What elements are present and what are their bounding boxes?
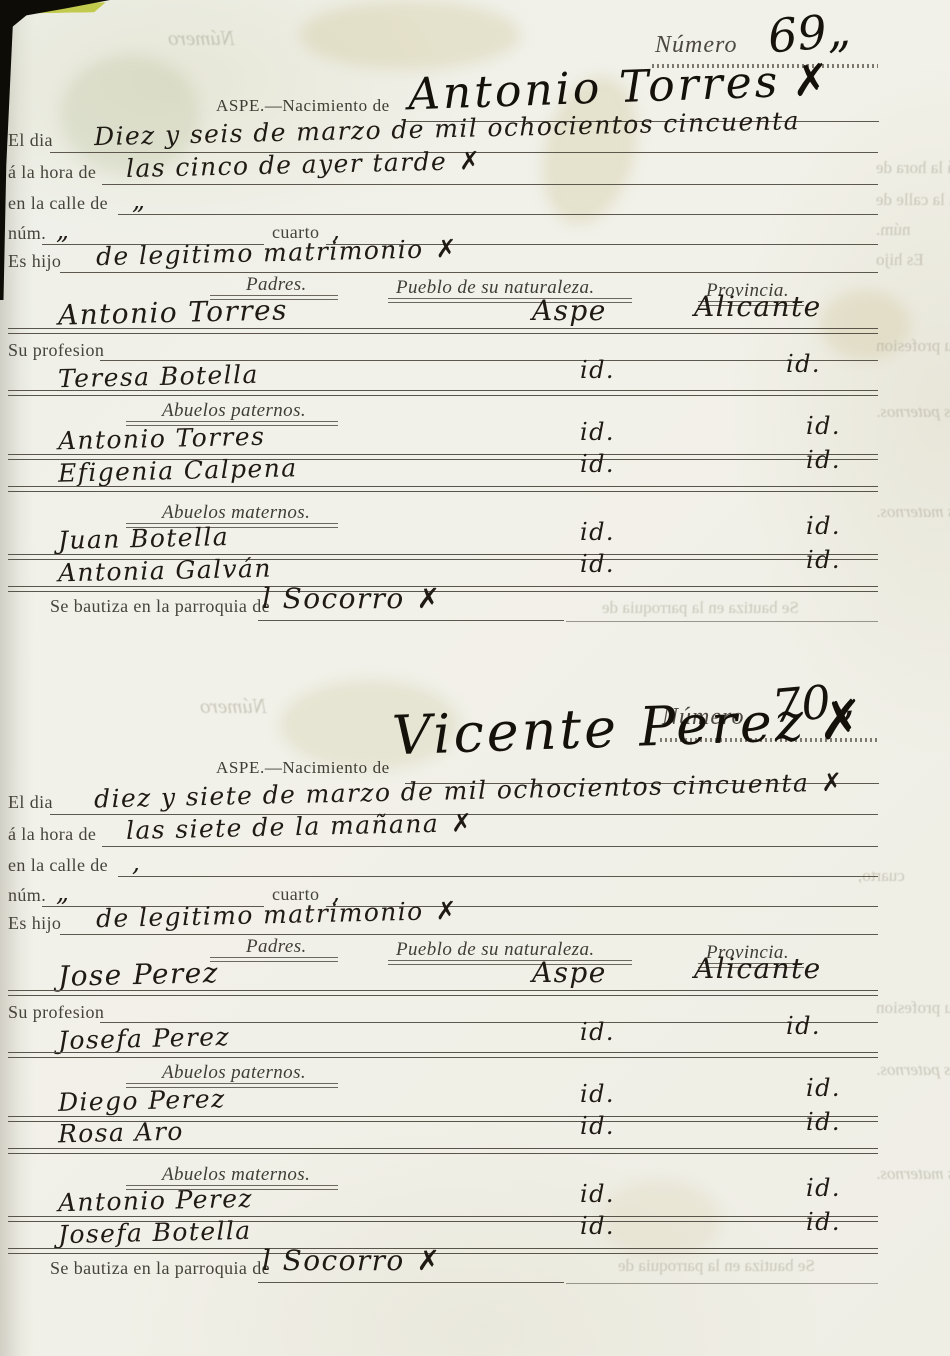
rule-line	[258, 620, 564, 621]
rule-line	[566, 621, 878, 622]
rule-line	[8, 1148, 878, 1154]
cross-mark: ✗	[451, 808, 474, 837]
abuela-paterna-provincia: id.	[806, 446, 841, 474]
abuela-paterna-provincia: id.	[806, 1108, 841, 1136]
field-calle-label: en la calle de	[8, 193, 108, 214]
abuela-paterna-name: Efigenia Calpena	[58, 453, 298, 487]
record-header-label: ASPE.—Nacimiento de	[216, 96, 390, 116]
abuela-materna-name: Antonia Galván	[58, 554, 272, 588]
abuelo-paterno-pueblo: id.	[580, 1080, 615, 1108]
field-profesion-label: Su profesion	[8, 340, 104, 361]
abuela-paterna-pueblo: id.	[580, 450, 615, 478]
mother-pueblo: id.	[580, 356, 615, 384]
field-hijo-label: Es hijo	[8, 913, 61, 934]
field-calle-label: en la calle de	[8, 855, 108, 876]
mother-name: Teresa Botella	[58, 360, 259, 394]
cross-mark: ✗	[821, 768, 844, 797]
field-num-value: „	[56, 878, 70, 907]
field-num-label: núm.	[8, 885, 46, 906]
cross-mark: ✗	[417, 1244, 442, 1277]
rule-line	[60, 934, 878, 935]
rule-line	[258, 1282, 564, 1283]
field-el-dia-label: El dia	[8, 130, 53, 151]
abuela-materna-provincia: id.	[806, 1208, 841, 1236]
rule-line	[118, 876, 878, 877]
mother-provincia: id.	[786, 1012, 821, 1040]
mother-name: Josefa Perez	[58, 1022, 231, 1055]
abuelo-paterno-name: Diego Perez	[58, 1084, 226, 1117]
field-profesion-label: Su profesion	[8, 1002, 104, 1023]
field-el-dia-label: El dia	[8, 792, 53, 813]
abuela-materna-pueblo: id.	[580, 550, 615, 578]
field-num-label: núm.	[8, 223, 46, 244]
rule-line	[8, 486, 878, 492]
abuelo-materno-name: Antonio Perez	[58, 1184, 254, 1217]
cross-mark: ✗	[435, 234, 458, 263]
header-abuelos-maternos: Abuelos maternos.	[162, 1164, 310, 1186]
father-name: Jose Perez	[58, 956, 219, 993]
hora-text: las cinco de ayer tarde	[126, 147, 448, 183]
rule-line	[210, 957, 338, 962]
field-bautiza-value: l Socorro✗	[262, 1244, 442, 1277]
field-bautiza-label: Se bautiza en la parroquia de	[50, 596, 270, 617]
father-pueblo: Aspe	[532, 294, 607, 327]
abuelo-materno-pueblo: id.	[580, 1180, 615, 1208]
abuelo-materno-name: Juan Botella	[58, 522, 230, 555]
father-provincia: Alicante	[694, 290, 822, 323]
rule-line	[8, 1052, 878, 1058]
header-abuelos-maternos: Abuelos maternos.	[162, 502, 310, 524]
father-pueblo: Aspe	[532, 956, 607, 989]
field-hijo-value: de legitimo matrimonio✗	[96, 896, 459, 933]
child-name: Vicente Perez✗	[391, 688, 867, 768]
rule-line	[8, 990, 878, 996]
field-calle-value: „	[132, 186, 146, 215]
abuela-materna-provincia: id.	[806, 546, 841, 574]
cross-mark: ✗	[791, 55, 833, 107]
father-name: Antonio Torres	[58, 293, 288, 331]
abuela-materna-pueblo: id.	[580, 1212, 615, 1240]
field-calle-value: ,	[132, 848, 141, 877]
field-bautiza-value: l Socorro✗	[262, 582, 442, 615]
abuelo-materno-provincia: id.	[806, 512, 841, 540]
rule-line	[8, 586, 878, 592]
field-hora-label: á la hora de	[8, 824, 96, 845]
mother-pueblo: id.	[580, 1018, 615, 1046]
rule-line	[102, 846, 878, 847]
birth-record-70: Número 70„ ASPE.—Nacimiento de Vicente P…	[0, 662, 950, 1302]
abuela-materna-name: Josefa Botella	[58, 1216, 252, 1249]
child-name-text: Vicente Perez	[391, 690, 807, 767]
column-header-padres: Padres.	[246, 936, 307, 958]
abuelo-paterno-provincia: id.	[806, 1074, 841, 1102]
cross-mark: ✗	[817, 688, 867, 753]
field-el-dia-value: diez y siete de marzo de mil ochocientos…	[94, 768, 844, 814]
hijo-text: de legitimo matrimonio	[96, 235, 424, 271]
cross-mark: ✗	[459, 146, 482, 175]
field-hijo-value: de legitimo matrimonio✗	[96, 234, 459, 271]
field-bautiza-label: Se bautiza en la parroquia de	[50, 1258, 270, 1279]
el-dia-text: diez y siete de marzo de mil ochocientos…	[94, 768, 810, 813]
cross-mark: ✗	[435, 896, 458, 925]
rule-line	[8, 328, 878, 334]
hora-text: las siete de la mañana	[126, 809, 440, 845]
abuela-paterna-name: Rosa Aro	[58, 1117, 184, 1149]
rule-line	[118, 214, 878, 215]
father-provincia: Alicante	[694, 952, 822, 985]
rule-line	[60, 272, 878, 273]
header-abuelos-paternos: Abuelos paternos.	[162, 1062, 306, 1084]
register-page: Número á la hora de en la calle de núm. …	[0, 0, 950, 1356]
field-hora-label: á la hora de	[8, 162, 96, 183]
bautiza-text: l Socorro	[262, 582, 405, 615]
abuela-paterna-pueblo: id.	[580, 1112, 615, 1140]
abuelo-materno-provincia: id.	[806, 1174, 841, 1202]
field-hijo-label: Es hijo	[8, 251, 61, 272]
numero-value: 69„	[766, 3, 853, 64]
numero-label: Número	[655, 32, 737, 59]
field-num-value: „	[56, 216, 70, 245]
abuelo-materno-pueblo: id.	[580, 518, 615, 546]
bautiza-text: l Socorro	[262, 1244, 405, 1277]
rule-line	[8, 1248, 878, 1254]
abuelo-paterno-provincia: id.	[806, 412, 841, 440]
abuelo-paterno-pueblo: id.	[580, 418, 615, 446]
header-abuelos-paternos: Abuelos paternos.	[162, 400, 306, 422]
rule-line	[8, 390, 878, 396]
abuelo-paterno-name: Antonio Torres	[58, 422, 266, 456]
rule-line	[566, 1283, 878, 1284]
record-header-label: ASPE.—Nacimiento de	[216, 758, 390, 778]
birth-record-69: Número 69„ ASPE.—Nacimiento de Antonio T…	[0, 0, 950, 640]
mother-provincia: id.	[786, 350, 821, 378]
hijo-text: de legitimo matrimonio	[96, 897, 424, 933]
rule-line	[102, 184, 878, 185]
cross-mark: ✗	[417, 582, 442, 615]
